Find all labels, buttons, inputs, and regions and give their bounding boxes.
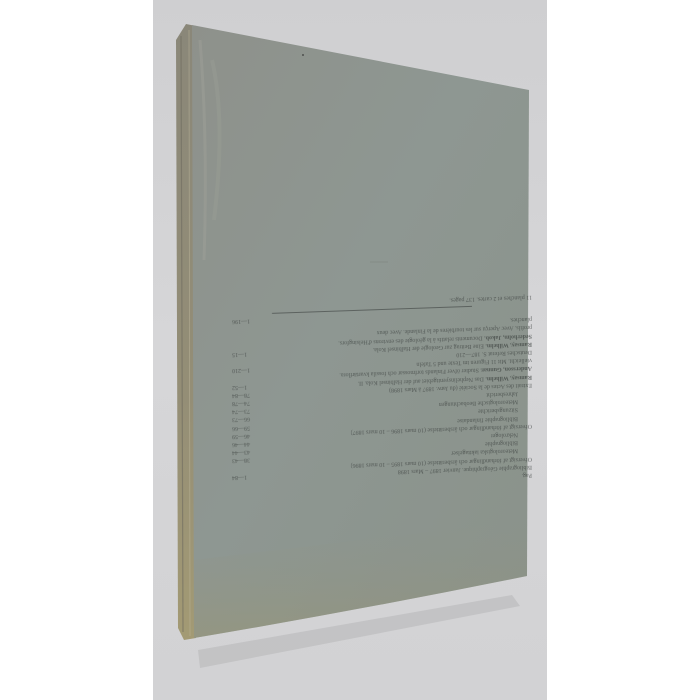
contents-title: Nekrologer: [491, 430, 532, 440]
contents-pages: 1—15: [232, 349, 247, 358]
contents-pages: 43—44: [232, 448, 250, 457]
contents-title: Pag.: [522, 471, 533, 480]
contents-pages: 73—74: [232, 407, 250, 416]
contents-title: 11 planches et 2 cartes. 137 pages.: [449, 292, 532, 303]
contents-pages: 59—66: [232, 423, 250, 432]
contents-pages: 1—196: [232, 316, 250, 325]
contents-author: Andersson, Gunnar.: [479, 365, 532, 373]
contents-author: Ramsay, Wilhelm.: [484, 341, 532, 349]
contents-pages: 1—210: [232, 366, 250, 375]
contents-title: planches.: [510, 315, 533, 324]
contents-author: Ramsay, Wilhelm.: [484, 373, 532, 381]
contents-pages: 38—43: [232, 456, 250, 465]
contents-pages: 78—84: [232, 390, 250, 399]
contents-pages: 1—84: [232, 472, 247, 481]
contents-list: Pag.Bibliographie Géographique. Janvier …: [232, 279, 532, 489]
contents-pages: 46—59: [232, 431, 250, 440]
contents-pages: 74—78: [232, 398, 250, 407]
contents-title: Jahresbericht: [486, 389, 532, 399]
contents-pages: 44—46: [232, 439, 250, 448]
contents-title: Bibliographie: [485, 438, 532, 448]
contents-author: Sederholm, Jakob.: [483, 332, 532, 340]
contents-pages: 66—73: [232, 415, 250, 424]
contents-pages: 1—52: [232, 382, 247, 391]
